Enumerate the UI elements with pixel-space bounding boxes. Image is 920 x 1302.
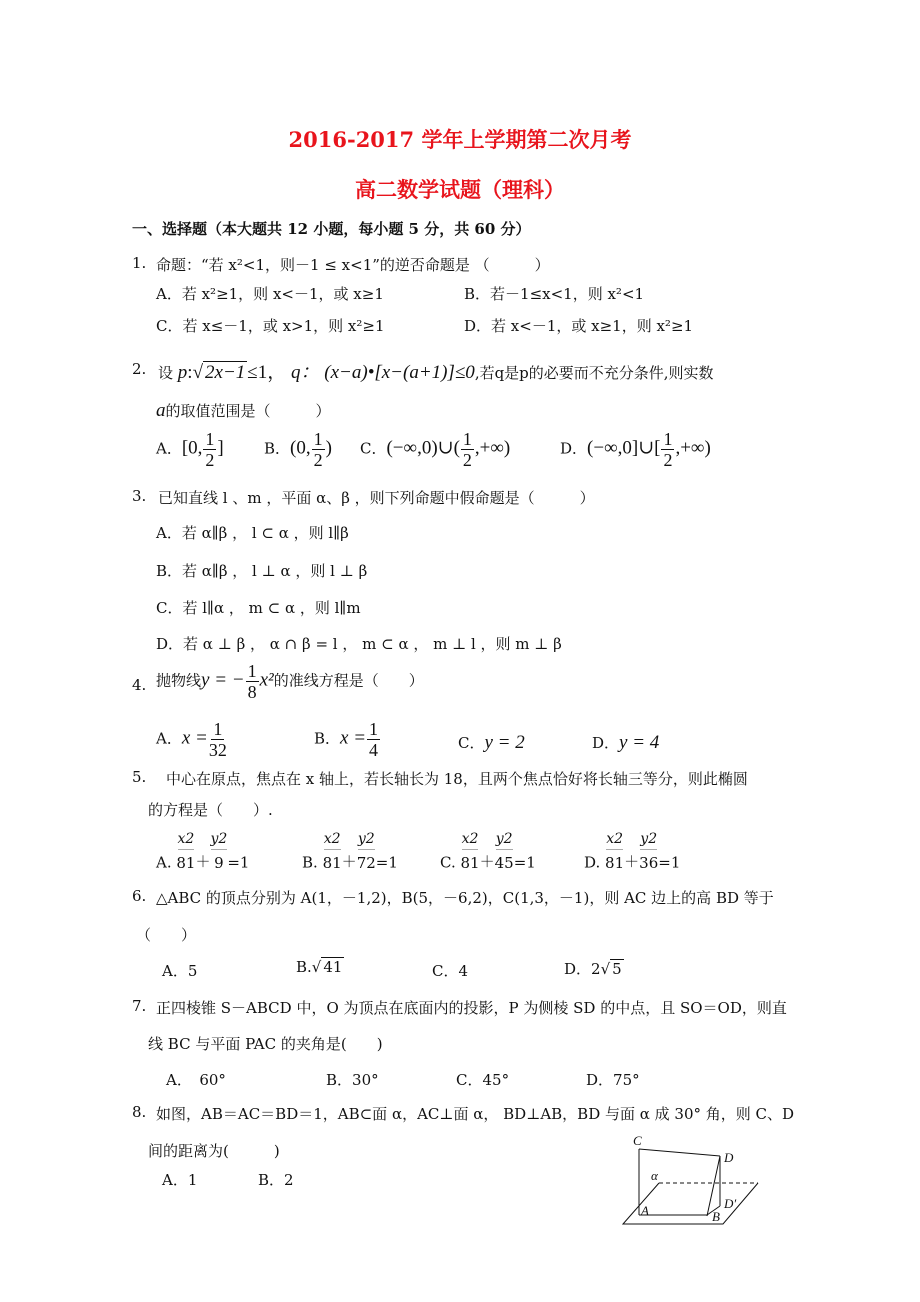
label-d: D (723, 1150, 734, 1165)
segment-cd (639, 1149, 720, 1156)
label-a: A (640, 1203, 649, 1218)
label-d-prime: D′ (723, 1196, 736, 1211)
label-b: B (712, 1209, 720, 1224)
label-alpha: α (651, 1168, 659, 1183)
geometry-figure: C D α A B D′ (0, 0, 920, 1302)
label-c: C (633, 1133, 642, 1148)
